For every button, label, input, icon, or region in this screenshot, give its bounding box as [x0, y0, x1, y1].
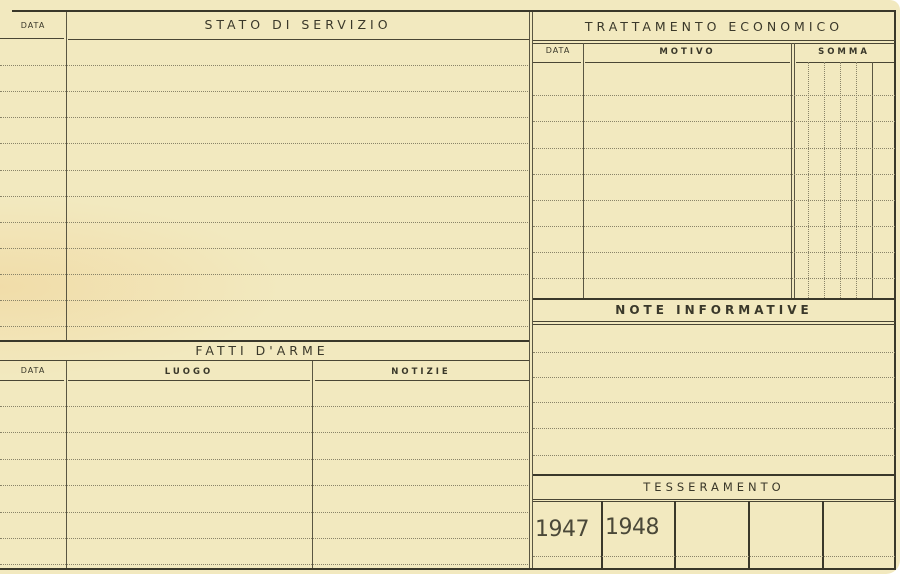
fatti-notizie-header: NOTIZIE [312, 367, 530, 377]
year-box-divider [822, 501, 824, 568]
writing-line[interactable] [0, 326, 530, 327]
writing-line[interactable] [0, 459, 530, 460]
trattamento-economico-title: TRATTAMENTO ECONOMICO [533, 19, 895, 34]
column-divider [66, 12, 67, 341]
divider [0, 360, 530, 361]
writing-line[interactable] [533, 402, 895, 403]
writing-line[interactable] [0, 406, 530, 407]
divider [68, 39, 530, 40]
writing-line[interactable] [0, 248, 530, 249]
trattamento-motivo-header: MOTIVO [583, 47, 792, 57]
year-box-divider [674, 501, 676, 568]
writing-line[interactable] [533, 200, 895, 201]
writing-line[interactable] [0, 564, 530, 565]
divider [0, 380, 64, 381]
writing-line[interactable] [0, 143, 530, 144]
divider [533, 321, 895, 322]
year-box-divider [601, 501, 603, 568]
column-divider [791, 43, 792, 298]
writing-line[interactable] [533, 278, 895, 279]
writing-line[interactable] [0, 170, 530, 171]
writing-line[interactable] [0, 512, 530, 513]
tesseramento-year-1[interactable]: 1947 [535, 517, 589, 542]
writing-line[interactable] [533, 174, 895, 175]
somma-digit-divider [856, 62, 857, 298]
fatti-d-arme-title: FATTI D'ARME [0, 343, 524, 358]
somma-digit-divider [808, 62, 809, 298]
somma-decimal-divider [872, 62, 873, 298]
column-divider [66, 361, 67, 568]
stato-di-servizio-title: STATO DI SERVIZIO [66, 17, 530, 32]
divider [585, 62, 790, 63]
divider [533, 40, 895, 41]
divider [533, 62, 581, 63]
tesseramento-title: TESSERAMENTO [533, 480, 895, 494]
trattamento-somma-header: SOMMA [794, 47, 894, 57]
writing-line[interactable] [0, 65, 530, 66]
section-border [0, 340, 530, 342]
divider [533, 324, 895, 325]
somma-digit-divider [840, 62, 841, 298]
writing-line[interactable] [0, 91, 530, 92]
writing-line[interactable] [0, 117, 530, 118]
writing-line[interactable] [533, 377, 895, 378]
writing-line[interactable] [0, 432, 530, 433]
trattamento-data-header: DATA [533, 46, 583, 55]
note-informative-title: NOTE INFORMATIVE [533, 303, 895, 317]
section-border [533, 298, 895, 300]
writing-line[interactable] [533, 352, 895, 353]
divider [0, 38, 64, 39]
column-divider [583, 43, 584, 298]
bottom-border [0, 568, 896, 570]
column-divider [312, 361, 313, 568]
divider [796, 62, 894, 63]
writing-line[interactable] [533, 148, 895, 149]
fatti-data-header: DATA [0, 366, 66, 375]
center-divider [529, 12, 530, 568]
writing-line[interactable] [0, 274, 530, 275]
writing-line[interactable] [533, 226, 895, 227]
section-border [533, 474, 895, 476]
writing-line[interactable] [533, 95, 895, 96]
writing-line[interactable] [533, 121, 895, 122]
tesseramento-year-2[interactable]: 1948 [605, 515, 659, 540]
divider [533, 499, 895, 500]
writing-line[interactable] [533, 252, 895, 253]
writing-line [533, 556, 895, 557]
stato-data-header: DATA [0, 21, 66, 30]
writing-line[interactable] [0, 196, 530, 197]
writing-line[interactable] [0, 485, 530, 486]
somma-digit-divider [824, 62, 825, 298]
writing-line[interactable] [533, 455, 895, 456]
year-box-divider [748, 501, 750, 568]
divider [533, 501, 895, 502]
divider [533, 43, 895, 44]
service-record-card: DATA STATO DI SERVIZIO FATTI D'ARME DATA… [0, 0, 900, 574]
column-divider [794, 43, 795, 298]
writing-line[interactable] [0, 538, 530, 539]
top-border [12, 10, 896, 12]
writing-line[interactable] [0, 300, 530, 301]
divider [315, 380, 530, 381]
writing-line[interactable] [533, 428, 895, 429]
divider [68, 380, 310, 381]
writing-line[interactable] [0, 222, 530, 223]
fatti-luogo-header: LUOGO [66, 367, 312, 377]
